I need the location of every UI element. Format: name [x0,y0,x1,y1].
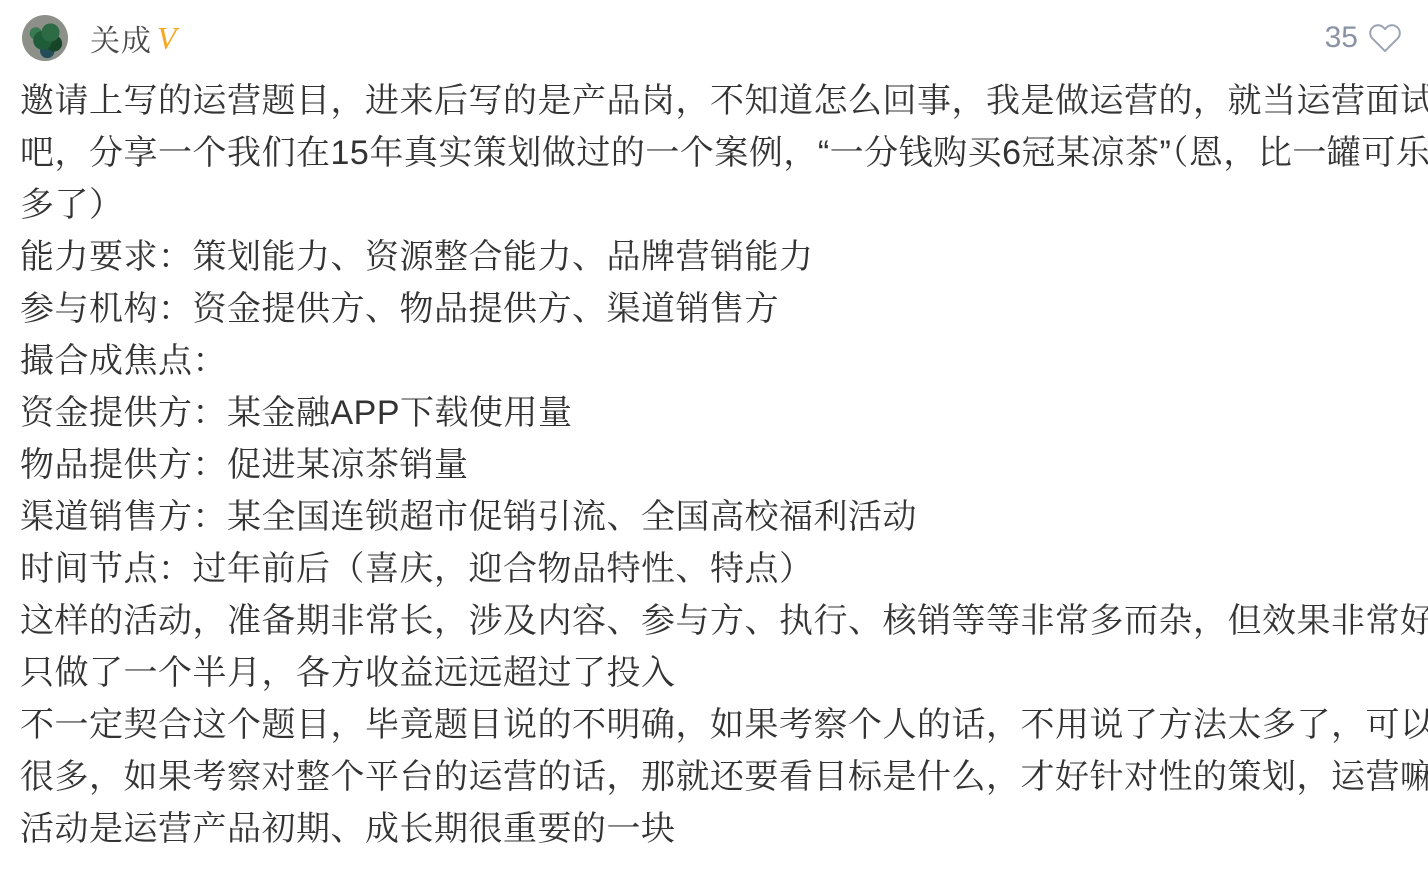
post-header: 关成 V 35 [0,0,1428,64]
verified-v-badge: V [157,22,177,54]
text-line: 参与机构：资金提供方、物品提供方、渠道销售方 [20,283,1408,335]
heart-outline-icon[interactable] [1368,21,1402,55]
text-line: 能力要求：策划能力、资源整合能力、品牌营销能力 [20,231,1408,283]
answer-post: 关成 V 35 邀请上写的运营题目，进来后写的是产品岗，不知道怎么回事，我是做运… [0,0,1428,890]
like-count: 35 [1325,21,1358,55]
text-line: 不一定契合这个题目，毕竟题目说的不明确，如果考察个人的话，不用说了方法太多了，可… [20,699,1408,751]
text-line: 活动是运营产品初期、成长期很重要的一块 [20,803,1408,855]
like-area: 35 [1325,21,1402,55]
text-line: 物品提供方：促进某凉茶销量 [20,439,1408,491]
text-line: 这样的活动，准备期非常长，涉及内容、参与方、执行、核销等等非常多而杂，但效果非常… [20,595,1408,647]
text-line: 资金提供方：某金融APP下载使用量 [20,387,1408,439]
text-line: 吧，分享一个我们在15年真实策划做过的一个案例，“一分钱购买6冠某凉茶”（恩，比… [20,127,1408,179]
text-line: 多了） [20,179,1408,231]
avatar[interactable] [22,15,68,61]
text-line: 很多，如果考察对整个平台的运营的话，那就还要看目标是什么，才好针对性的策划，运营… [20,751,1408,803]
username[interactable]: 关成 [90,16,152,60]
text-line: 撮合成焦点： [20,335,1408,387]
text-line: 渠道销售方：某全国连锁超市促销引流、全国高校福利活动 [20,491,1408,543]
post-body: 邀请上写的运营题目，进来后写的是产品岗，不知道怎么回事，我是做运营的，就当运营面… [0,64,1428,855]
text-line: 时间节点：过年前后（喜庆，迎合物品特性、特点） [20,543,1408,595]
text-line: 邀请上写的运营题目，进来后写的是产品岗，不知道怎么回事，我是做运营的，就当运营面… [20,75,1408,127]
text-line: 只做了一个半月，各方收益远远超过了投入 [20,647,1408,699]
